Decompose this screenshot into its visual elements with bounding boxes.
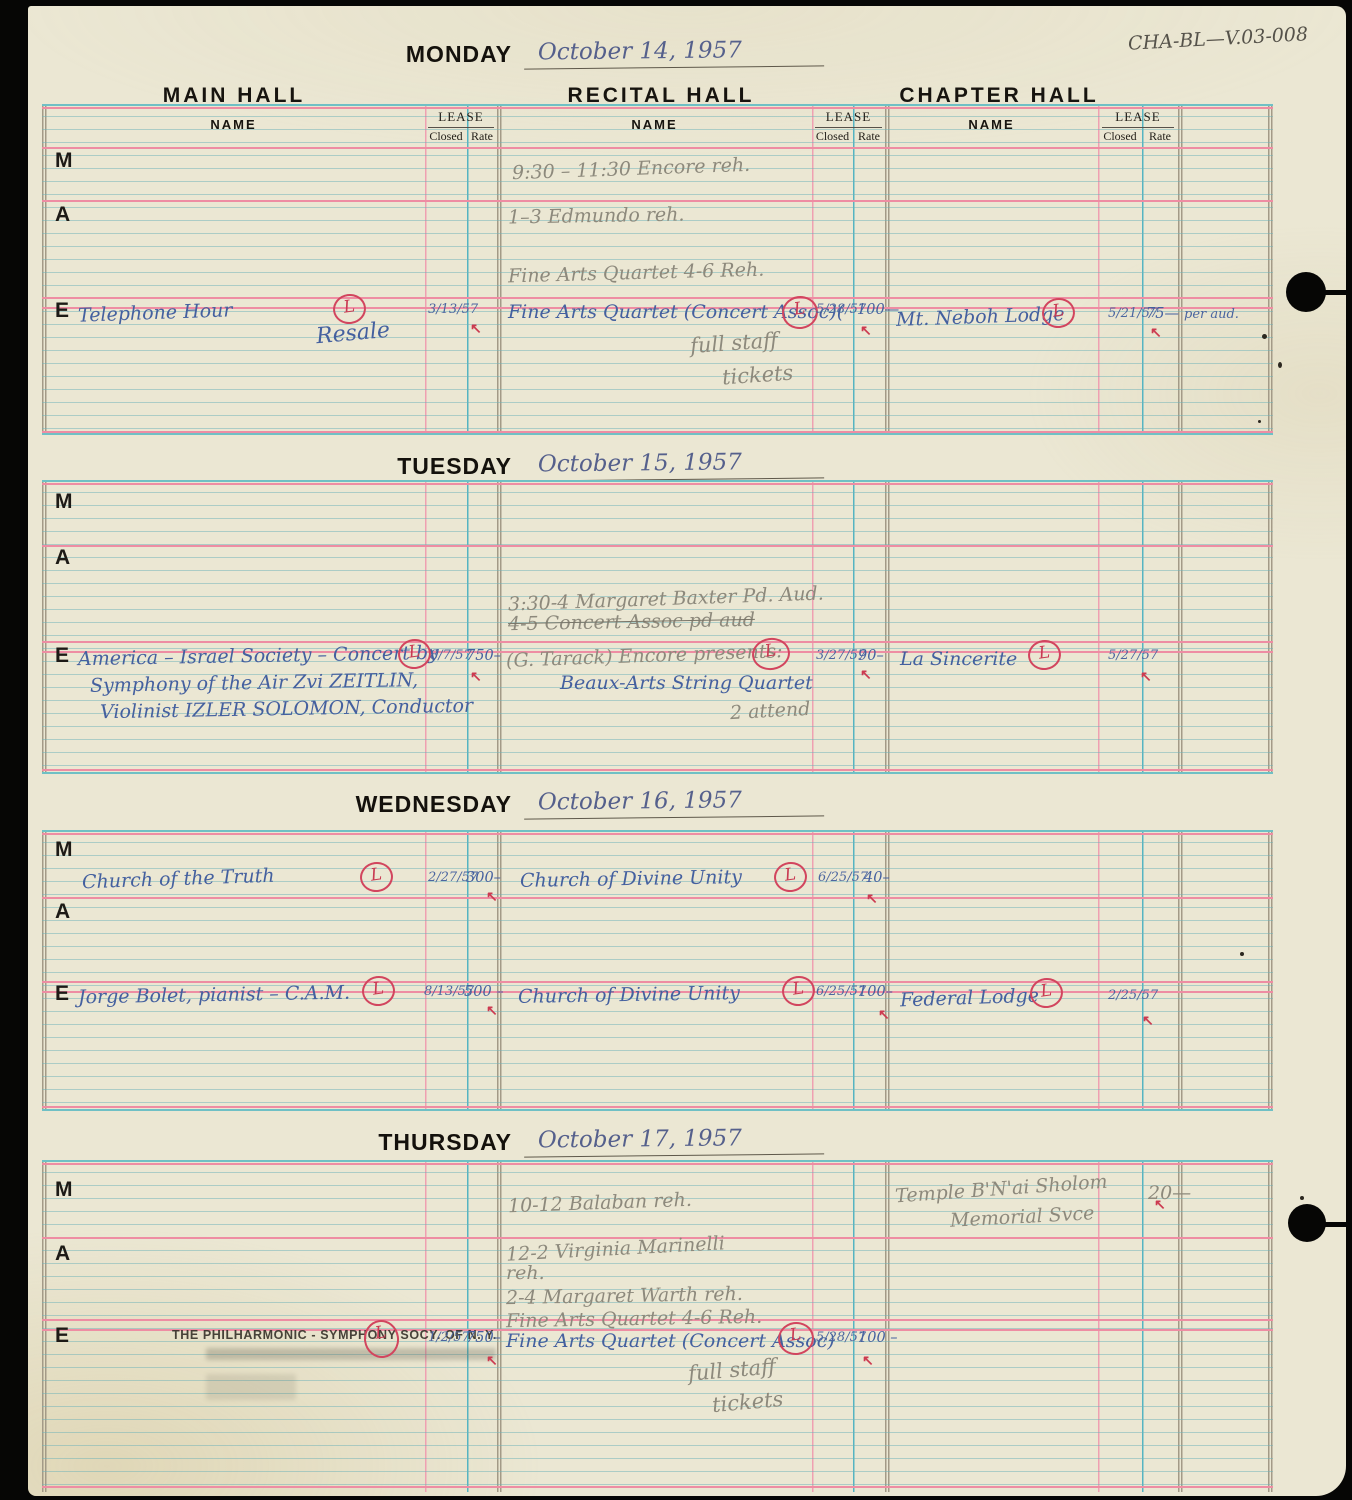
day-date-handwritten: October 17, 1957 <box>524 1124 824 1157</box>
column-header-name-chapter: NAME <box>885 117 1098 132</box>
entry-main-morning-rate: 300– <box>466 870 501 886</box>
day-header-thursday: THURSDAY October 17, 1957 <box>336 1126 856 1156</box>
red-tick-mark: ↖ <box>486 1352 498 1369</box>
red-tick-mark: ↖ <box>1150 324 1162 341</box>
rule-line <box>42 897 1273 899</box>
entry-main-evening-closed-date: 1/2/57 <box>428 1330 470 1345</box>
row-label-morning: M <box>55 490 73 514</box>
row-label-evening: E <box>55 1324 69 1348</box>
row-label-afternoon: A <box>55 203 70 227</box>
punch-slit <box>1318 1222 1352 1227</box>
column-header-rate-recital: Rate <box>853 129 885 144</box>
entry-chapter-evening-closed-date: 5/27/57 <box>1108 648 1158 663</box>
rule-line <box>42 1160 1273 1162</box>
entry-main-evening-rate: 750– <box>466 1330 501 1346</box>
red-tick-mark: ↖ <box>470 668 482 685</box>
red-tick-mark: ↖ <box>1154 1196 1166 1213</box>
rule-line <box>42 1486 1273 1488</box>
ink-speck <box>1258 420 1261 423</box>
day-name: THURSDAY <box>336 1129 512 1156</box>
entry-recital-evening-rate: 100 – <box>858 1330 898 1346</box>
ink-speck <box>1300 1196 1304 1200</box>
rule-line <box>42 200 1273 202</box>
row-label-morning: M <box>55 149 73 173</box>
entry-chapter-evening-rate-note: per aud. <box>1184 307 1239 322</box>
row-label-evening: E <box>55 299 69 323</box>
red-tick-mark: ↖ <box>486 888 498 905</box>
ink-speck <box>1262 334 1267 339</box>
column-header-name-recital: NAME <box>497 117 812 132</box>
rule-line <box>42 641 1273 643</box>
entry-main-evening-rate: 750– <box>466 648 501 664</box>
day-name: TUESDAY <box>336 453 512 480</box>
day-header-monday: MONDAY October 14, 1957 <box>336 38 856 68</box>
entry-recital-afternoon-4: Fine Arts Quartet 4-6 Reh. <box>506 1306 763 1332</box>
entry-recital-evening-note: 2 attend <box>729 698 810 724</box>
day-header-wednesday: WEDNESDAY October 16, 1957 <box>336 788 856 818</box>
row-label-evening: E <box>55 982 69 1006</box>
red-tick-mark: ↖ <box>878 1006 890 1023</box>
rule-line <box>42 147 1273 149</box>
row-label-morning: M <box>55 1178 73 1202</box>
day-date-handwritten: October 14, 1957 <box>524 36 824 69</box>
entry-recital-afternoon: 1–3 Edmundo reh. <box>508 203 685 228</box>
day-name: MONDAY <box>336 41 512 68</box>
rule-line <box>42 769 1273 771</box>
ink-speck <box>1240 952 1244 956</box>
rule-line <box>42 830 1273 832</box>
rule-line <box>42 1106 1273 1108</box>
rule-line <box>42 480 1273 482</box>
row-label-evening: E <box>55 644 69 668</box>
entry-recital-morning-closed-date: 6/25/57 <box>818 870 868 885</box>
entry-chapter-evening-closed-date: 2/25/57 <box>1108 988 1158 1003</box>
rule-line <box>42 1163 1273 1165</box>
red-tick-mark: ↖ <box>470 320 482 337</box>
rule-line <box>42 981 1273 983</box>
red-tick-mark: ↖ <box>862 1352 874 1369</box>
day-header-tuesday: TUESDAY October 15, 1957 <box>336 450 856 480</box>
column-header-rate-main: Rate <box>467 129 497 144</box>
column-header-lease-recital: LEASE <box>812 109 885 125</box>
red-tick-mark: ↖ <box>1142 1012 1154 1029</box>
entry-recital-afternoon-2: reh. <box>506 1262 545 1284</box>
red-tick-mark: ↖ <box>1140 668 1152 685</box>
rule-line <box>42 483 1273 485</box>
rule-line <box>42 772 1273 774</box>
stamp-smudge <box>206 1374 296 1400</box>
red-tick-mark: ↖ <box>860 666 872 683</box>
entry-recital-evening-rate: 100– <box>858 984 893 1000</box>
stamp-smudge <box>206 1348 496 1360</box>
column-header-closed-main: Closed <box>425 129 467 144</box>
entry-recital-afternoon-2-struck: 4-5 Concert Assoc pd aud <box>508 609 755 635</box>
rule-line <box>42 104 1273 106</box>
day-date-handwritten: October 16, 1957 <box>524 786 824 819</box>
row-label-afternoon: A <box>55 900 70 924</box>
entry-main-evening-rate: 500 – <box>464 984 504 1000</box>
row-label-morning: M <box>55 838 73 862</box>
entry-recital-evening-rate: 90– <box>858 648 884 664</box>
red-tick-mark: ↖ <box>486 1002 498 1019</box>
rule-line <box>42 433 1273 435</box>
lease-underline <box>1102 127 1174 128</box>
entry-chapter-evening-name: La Sincerite <box>900 648 1017 670</box>
column-header-name-main: NAME <box>42 117 425 132</box>
column-header-lease-main: LEASE <box>425 109 497 125</box>
ledger-scan-page: CHA-BL—V.03-008 MONDAY October 14, 1957 … <box>0 0 1352 1500</box>
rule-line <box>42 833 1273 835</box>
row-label-afternoon: A <box>55 546 70 570</box>
column-header-closed-chapter: Closed <box>1098 129 1142 144</box>
entry-recital-evening-note2: tickets <box>721 361 794 390</box>
entry-chapter-evening-rate: 75— <box>1146 306 1179 322</box>
entry-main-evening-closed-date: 3/13/57 <box>428 302 478 317</box>
red-tick-mark: ↖ <box>860 322 872 339</box>
entry-recital-evening-name: Beaux-Arts String Quartet <box>560 672 813 694</box>
column-header-lease-chapter: LEASE <box>1098 109 1178 125</box>
entry-recital-morning-rate: 40– <box>864 870 890 886</box>
entry-recital-evening-rate: 100— <box>857 302 899 318</box>
column-header-closed-recital: Closed <box>812 129 853 144</box>
day-name: WEDNESDAY <box>336 791 512 818</box>
column-header-rate-chapter: Rate <box>1142 129 1178 144</box>
rule-line <box>42 297 1273 299</box>
rule-line <box>42 107 1273 109</box>
day-date-handwritten: October 15, 1957 <box>524 448 824 481</box>
row-label-afternoon: A <box>55 1242 70 1266</box>
punch-slit <box>1316 290 1352 295</box>
lease-underline <box>428 127 494 128</box>
ink-speck <box>1278 362 1282 368</box>
lease-underline <box>815 127 882 128</box>
rule-line <box>42 545 1273 547</box>
entry-recital-evening-name: Church of Divine Unity <box>518 982 740 1008</box>
red-tick-mark: ↖ <box>866 890 878 907</box>
rule-line <box>42 1109 1273 1111</box>
entry-recital-morning-name: Church of Divine Unity <box>520 866 742 892</box>
entry-recital-afternoon-3: 2-4 Margaret Warth reh. <box>506 1283 743 1309</box>
